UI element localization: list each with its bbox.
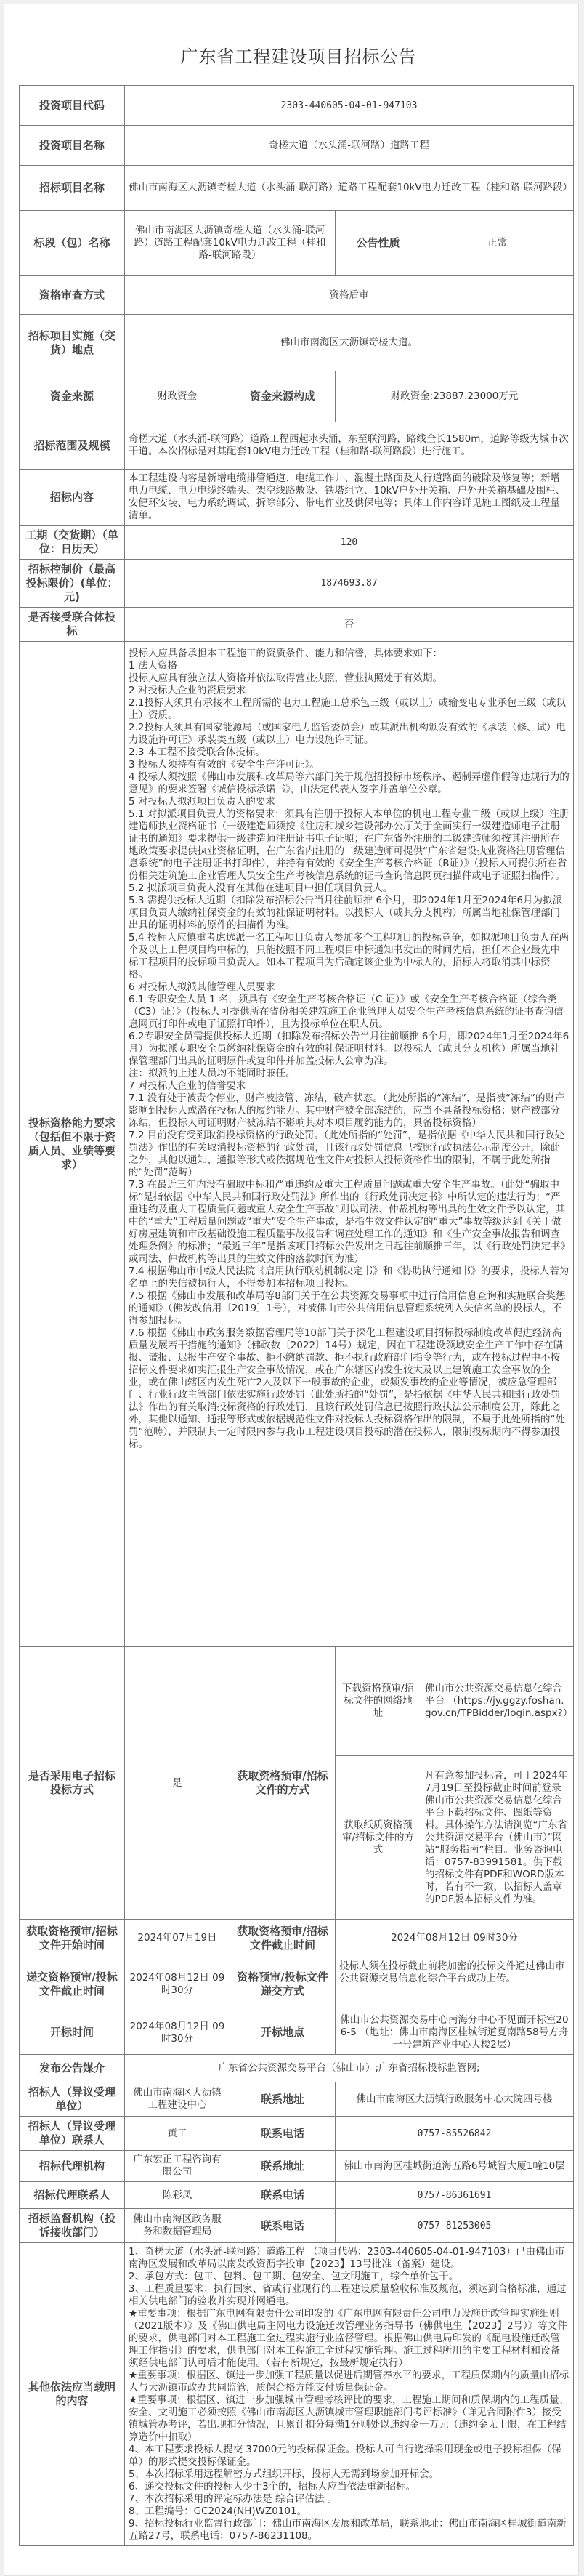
- row-section-name: 标段（包）名称 佛山市南海区大沥镇奇槎大道（水头涌-联河路）道路工程配套10kV…: [20, 211, 574, 276]
- notice-card: 广东省工程建设项目招标公告 投资项目代码 2303-440605-04-01-9…: [4, 4, 579, 2576]
- row-control-price: 招标控制价（最高投标限价）(单位：元) 1874693.87: [20, 560, 574, 608]
- media-label: 发布公告媒介: [20, 2055, 125, 2082]
- funding-composition-label: 资金来源构成: [230, 371, 336, 422]
- req-paragraph: 注：拟派的上述人员均不能同时兼任。: [129, 1068, 569, 1080]
- req-paragraph: 2.2投标人须具有国家能源局（或国家电力监管委员会）或其派出机构颁发有效的《承装…: [129, 722, 569, 746]
- req-paragraph: 7.1 没有处于被责令停业，财产被接管、冻结，破产状态。（此处所指的“冻结”，是…: [129, 1092, 569, 1130]
- req-paragraph: 7.4 根据佛山市中级人民法院《启用执行联动机制决定书》和《协助执行通知书》的要…: [129, 1265, 569, 1290]
- agency-contact-value: 陈彩凤: [125, 2182, 230, 2209]
- media-value: 广东省公共资源交易平台（佛山市）;广东省招标投标监管网;: [125, 2055, 574, 2082]
- other-value: 1、奇槎大道（水头涌-联河路）道路工程 （项目代码：2303-440605-04…: [125, 2243, 574, 2546]
- row-obtain-time: 获取资格预审/招标文件开始时间 2024年07月19日 获取资格预审/招标文件截…: [20, 1920, 574, 1957]
- row-supervisor: 招标监督机构（投诉接收部门） 佛山市南海区政务服务和数据管理局 联系电话 075…: [20, 2209, 574, 2243]
- submit-deadline-value: 2024年08月12日 09时30分: [125, 1957, 230, 2011]
- funding-value: 财政资金: [125, 371, 230, 422]
- tenderer-address-value: 佛山市南海区大沥镇行政服务中心大院四号楼: [336, 2082, 574, 2117]
- req-paragraph: 7 对投标人企业的信誉要求: [129, 1080, 569, 1092]
- row-other: 其他依法应当载明的内容 1、奇槎大道（水头涌-联河路）道路工程 （项目代码：23…: [20, 2243, 574, 2546]
- row-duration: 工期（交货期）（单位：日历天） 120: [20, 526, 574, 560]
- agency-address-value: 佛山市南海区桂城街道海五路6号城智大厦1幢10层: [336, 2151, 574, 2182]
- row-scope: 招标范围及规模 奇槎大道（水头涌-联河路）道路工程西起水头涌，东至联河路，路线全…: [20, 422, 574, 470]
- row-invest-code: 投资项目代码 2303-440605-04-01-947103: [20, 86, 574, 126]
- row-media: 发布公告媒介 广东省公共资源交易平台（佛山市）;广东省招标投标监管网;: [20, 2055, 574, 2082]
- row-submit: 递交资格预审/投标文件截止时间 2024年08月12日 09时30分 资格预审/…: [20, 1957, 574, 2011]
- supervisor-phone-value: 0757-81253005: [336, 2209, 574, 2243]
- tenderer-value: 佛山市南海区大沥镇工程建设中心: [125, 2082, 230, 2117]
- row-content: 招标内容 本工程建设内容是新增电缆排管通道、电缆工作井、混凝土路面及人行道路面的…: [20, 470, 574, 526]
- agency-label: 招标代理机构: [20, 2151, 125, 2182]
- qualification-review-value: 资格后审: [125, 276, 574, 315]
- req-paragraph: 7.3 在最近三年内没有骗取中标和严重违约及重大工程质量问题或重大安全生产事故。…: [129, 1179, 569, 1265]
- req-paragraph: 7.2 目前没有受到取消投标资格的行政处罚。（此处所指的“处罚”，是指依据《中华…: [129, 1130, 569, 1179]
- req-paragraph: 6.2专职安全员需提供投标人近期（扣除发布招标公告当月往前顺推 6个月，即202…: [129, 1031, 569, 1068]
- row-tenderer: 招标人（异议受理单位） 佛山市南海区大沥镇工程建设中心 联系地址 佛山市南海区大…: [20, 2082, 574, 2117]
- notice-nature-value: 正常: [421, 211, 574, 276]
- row-requirements: 投标资格能力要求（包括但不限于资质人员、业绩等要求） 投标人应具备承担本工程施工…: [20, 642, 574, 1647]
- opening-place-value: 佛山市公共资源交易中心南海分中心不见面开标室206-5 （地址：佛山市南海区桂城…: [336, 2011, 574, 2055]
- tenderer-label: 招标人（异议受理单位）: [20, 2082, 125, 2117]
- req-paragraph: 5.3 需提供投标人近期（扣除发布招标公告当月往前顺推 6个月，即2024年1月…: [129, 895, 569, 932]
- control-price-label: 招标控制价（最高投标限价）(单位：元): [20, 560, 125, 608]
- row-funding: 资金来源 财政资金 资金来源构成 财政资金:23887.23000万元: [20, 371, 574, 422]
- req-paragraph: 2.3 本工程不接受联合体投标。: [129, 746, 569, 759]
- other-paragraph: ★重要事项：根据区、镇进一步加强城市管理考核评比的要求，工程施工期间和质保期内的…: [129, 2394, 569, 2444]
- obtain-end-value: 2024年08月12日 09时30分: [336, 1920, 574, 1957]
- obtain-end-label: 获取资格预审/招标文件截止时间: [230, 1920, 336, 1957]
- supervisor-phone-label: 联系电话: [230, 2209, 336, 2243]
- req-paragraph: 2.1投标人须具有承接本工程所需的电力工程施工总承包三级（或以上）或输变电专业承…: [129, 697, 569, 722]
- electronic-value: 是: [125, 1647, 230, 1920]
- scope-value: 奇槎大道（水头涌-联河路）道路工程西起水头涌，东至联河路，路线全长1580m，道…: [125, 422, 574, 470]
- notice-table: 投资项目代码 2303-440605-04-01-947103 投资项目名称 奇…: [19, 85, 574, 2546]
- opening-time-label: 开标时间: [20, 2011, 125, 2055]
- req-paragraph: 5.2 拟派项目负责人没有在其他在建项目中担任项目负责人。: [129, 882, 569, 895]
- tenderer-contact-label: 招标人（异议受理单位）联系人: [20, 2117, 125, 2151]
- location-value: 佛山市南海区大沥镇奇槎大道。: [125, 315, 574, 371]
- row-electronic-download: 是否采用电子招标投标方式 是 获取资格预审/招标文件的方式 下载资格预审/招标文…: [20, 1647, 574, 1756]
- supervisor-label: 招标监督机构（投诉接收部门）: [20, 2209, 125, 2243]
- other-paragraph: 6、递交投标文件的投标人少于3个的，招标人应当依法重新招标。: [129, 2481, 569, 2493]
- other-paragraph: 1、奇槎大道（水头涌-联河路）道路工程 （项目代码：2303-440605-04…: [129, 2246, 569, 2271]
- other-paragraph: 8、工程编号：GC2024(NH)WZ0101。: [129, 2505, 569, 2518]
- section-name-value: 佛山市南海区大沥镇奇槎大道（水头涌-联河路）道路工程配套10kV电力迁改工程（桂…: [125, 211, 336, 276]
- row-tender-name: 招标项目名称 佛山市南海区大沥镇奇槎大道（水头涌-联河路）道路工程配套10kV电…: [20, 166, 574, 211]
- req-paragraph: 6 对投标人拟派其他管理人员要求: [129, 981, 569, 994]
- paper-method-value: 凡有意参加投标者，可于2024年7月19日至投标截止时间前登录佛山市公共资源交易…: [421, 1756, 574, 1920]
- row-qualification-review: 资格审查方式 资格后审: [20, 276, 574, 315]
- other-paragraph: 2、承包方式：包工、包料、包工期、包安全、包文明施工，综合单价包干。: [129, 2271, 569, 2283]
- download-url-value[interactable]: 佛山市公共资源交易信息化综合平台 （https://jy.ggzy.foshan…: [421, 1647, 574, 1756]
- invest-code-label: 投资项目代码: [20, 86, 125, 126]
- other-label: 其他依法应当载明的内容: [20, 2243, 125, 2546]
- funding-composition-value: 财政资金:23887.23000万元: [336, 371, 574, 422]
- req-paragraph: 5 对投标人拟派项目负责人的要求: [129, 796, 569, 808]
- content-label: 招标内容: [20, 470, 125, 526]
- req-paragraph: 7.5 根据《佛山市发展和改革局等8部门关于在公共资源交易事项中进行信用信息查询…: [129, 1290, 569, 1327]
- submit-method-label: 资格预审/投标文件递交方式: [230, 1957, 336, 2011]
- req-paragraph: 1 法人资格: [129, 660, 569, 672]
- qualification-review-label: 资格审查方式: [20, 276, 125, 315]
- requirements-label: 投标资格能力要求（包括但不限于资质人员、业绩等要求）: [20, 642, 125, 1647]
- requirements-value: 投标人应具备承担本工程施工的资质条件、能力和信誉，具体要求如下： 1 法人资格 …: [125, 642, 574, 1647]
- other-paragraph: 5、本次招标采用远程解密方式组织开标，投标人无需到场参加开标会。: [129, 2468, 569, 2481]
- notice-nature-label: 公告性质: [336, 211, 421, 276]
- duration-value: 120: [125, 526, 574, 560]
- other-paragraph: 4、本工程要求投标人提交 37000元的投标保证金。投标人可自行选择采用现金或电…: [129, 2444, 569, 2468]
- scope-label: 招标范围及规模: [20, 422, 125, 470]
- consortium-label: 是否接受联合体投标: [20, 608, 125, 642]
- other-paragraph: 3、工程质量要求：执行国家、省或行业现行的工程建设质量验收标准及规范，须达到合格…: [129, 2283, 569, 2308]
- agency-phone-label: 联系电话: [230, 2182, 336, 2209]
- req-paragraph: 5.1 对拟派项目负责人的资格要求：须具有注册于投标人本单位的机电工程专业二级（…: [129, 808, 569, 882]
- agency-phone-value: 0757-86361691: [336, 2182, 574, 2209]
- req-paragraph: 投标人应具备承担本工程施工的资质条件、能力和信誉，具体要求如下：: [129, 648, 569, 660]
- row-opening: 开标时间 2024年08月12日 09时30分 开标地点 佛山市公共资源交易中心…: [20, 2011, 574, 2055]
- download-url-label: 下载资格预审/招标文件的网络地址: [336, 1647, 421, 1756]
- obtain-start-value: 2024年07月19日: [125, 1920, 230, 1957]
- row-invest-name: 投资项目名称 奇槎大道（水头涌-联河路）道路工程: [20, 126, 574, 166]
- invest-name-label: 投资项目名称: [20, 126, 125, 166]
- other-paragraph: ★重要事项：根据广东电网有限责任公司印发的《广东电网有限责任公司电力设施迁改管理…: [129, 2308, 569, 2370]
- obtain-start-label: 获取资格预审/招标文件开始时间: [20, 1920, 125, 1957]
- req-paragraph: 2 对投标人企业的资质要求: [129, 685, 569, 697]
- other-paragraph: 9、招标投标行业监督行政部门：佛山市南海区发展和改革局，联系地址：佛山市南海区桂…: [129, 2518, 569, 2543]
- submit-method-value: 投标人须在投标截止前将加密的投标文件通过佛山市公共资源交易信息化综合平台成功上传…: [336, 1957, 574, 2011]
- funding-label: 资金来源: [20, 371, 125, 422]
- req-paragraph: 3 投标人须持有有效的《安全生产许可证》。: [129, 759, 569, 771]
- tenderer-contact-value: 黄工: [125, 2117, 230, 2151]
- tenderer-phone-value: 0757-85526842: [336, 2117, 574, 2151]
- row-agency: 招标代理机构 广东宏正工程咨询有限公司 联系地址 佛山市南海区桂城街道海五路6号…: [20, 2151, 574, 2182]
- tenderer-phone-label: 联系电话: [230, 2117, 336, 2151]
- other-paragraph: 7、本次招标采用的评定标办法是 综合评估法 。: [129, 2493, 569, 2505]
- opening-time-value: 2024年08月12日 09时30分: [125, 2011, 230, 2055]
- location-label: 招标项目实施（交货）地点: [20, 315, 125, 371]
- req-paragraph: 7.6 根据《佛山市政务服务数据管理局等10部门关于深化工程建设项目招标投标制度…: [129, 1327, 569, 1451]
- req-paragraph: 4 投标人须按照《佛山市发展和改革局等六部门关于规范招投标市场秩序、遏制弄虚作假…: [129, 771, 569, 796]
- duration-label: 工期（交货期）（单位：日历天）: [20, 526, 125, 560]
- electronic-label: 是否采用电子招标投标方式: [20, 1647, 125, 1920]
- tender-name-value: 佛山市南海区大沥镇奇槎大道（水头涌-联河路）道路工程配套10kV电力迁改工程（桂…: [125, 166, 574, 211]
- tenderer-address-label: 联系地址: [230, 2082, 336, 2117]
- section-name-label: 标段（包）名称: [20, 211, 125, 276]
- agency-value: 广东宏正工程咨询有限公司: [125, 2151, 230, 2182]
- content-value: 本工程建设内容是新增电缆排管通道、电缆工作井、混凝土路面及人行道路面的破除及修复…: [125, 470, 574, 526]
- submit-deadline-label: 递交资格预审/投标文件截止时间: [20, 1957, 125, 2011]
- supervisor-value: 佛山市南海区政务服务和数据管理局: [125, 2209, 230, 2243]
- obtain-method-label: 获取资格预审/招标文件的方式: [230, 1647, 336, 1920]
- req-paragraph: 5.4 投标人应慎重考虑选派一名工程项目负责人参加多个工程项目的投标竞争，如拟派…: [129, 932, 569, 981]
- consortium-value: 否: [125, 608, 574, 642]
- req-paragraph: 6.1 专职安全人员 1 名，须具有《安全生产考核合格证（C 证）》或《安全生产…: [129, 994, 569, 1031]
- control-price-value: 1874693.87: [125, 560, 574, 608]
- page-title: 广东省工程建设项目招标公告: [19, 42, 578, 68]
- agency-address-label: 联系地址: [230, 2151, 336, 2182]
- row-tenderer-contact: 招标人（异议受理单位）联系人 黄工 联系电话 0757-85526842: [20, 2117, 574, 2151]
- row-consortium: 是否接受联合体投标 否: [20, 608, 574, 642]
- invest-name-value: 奇槎大道（水头涌-联河路）道路工程: [125, 126, 574, 166]
- tender-name-label: 招标项目名称: [20, 166, 125, 211]
- row-agency-contact: 招标代理联系人 陈彩凤 联系电话 0757-86361691: [20, 2182, 574, 2209]
- agency-contact-label: 招标代理联系人: [20, 2182, 125, 2209]
- req-paragraph: 投标人应具有独立法人资格并依法取得营业执照，营业执照处于有效期。: [129, 672, 569, 685]
- opening-place-label: 开标地点: [230, 2011, 336, 2055]
- invest-code-value: 2303-440605-04-01-947103: [125, 86, 574, 126]
- other-paragraph: ★重要事项：根据区、镇进一步加强工程质量以促进后期管养水平的要求，工程质保期内的…: [129, 2370, 569, 2394]
- paper-method-label: 获取纸质资格预审/招标文件的方式: [336, 1756, 421, 1920]
- row-location: 招标项目实施（交货）地点 佛山市南海区大沥镇奇槎大道。: [20, 315, 574, 371]
